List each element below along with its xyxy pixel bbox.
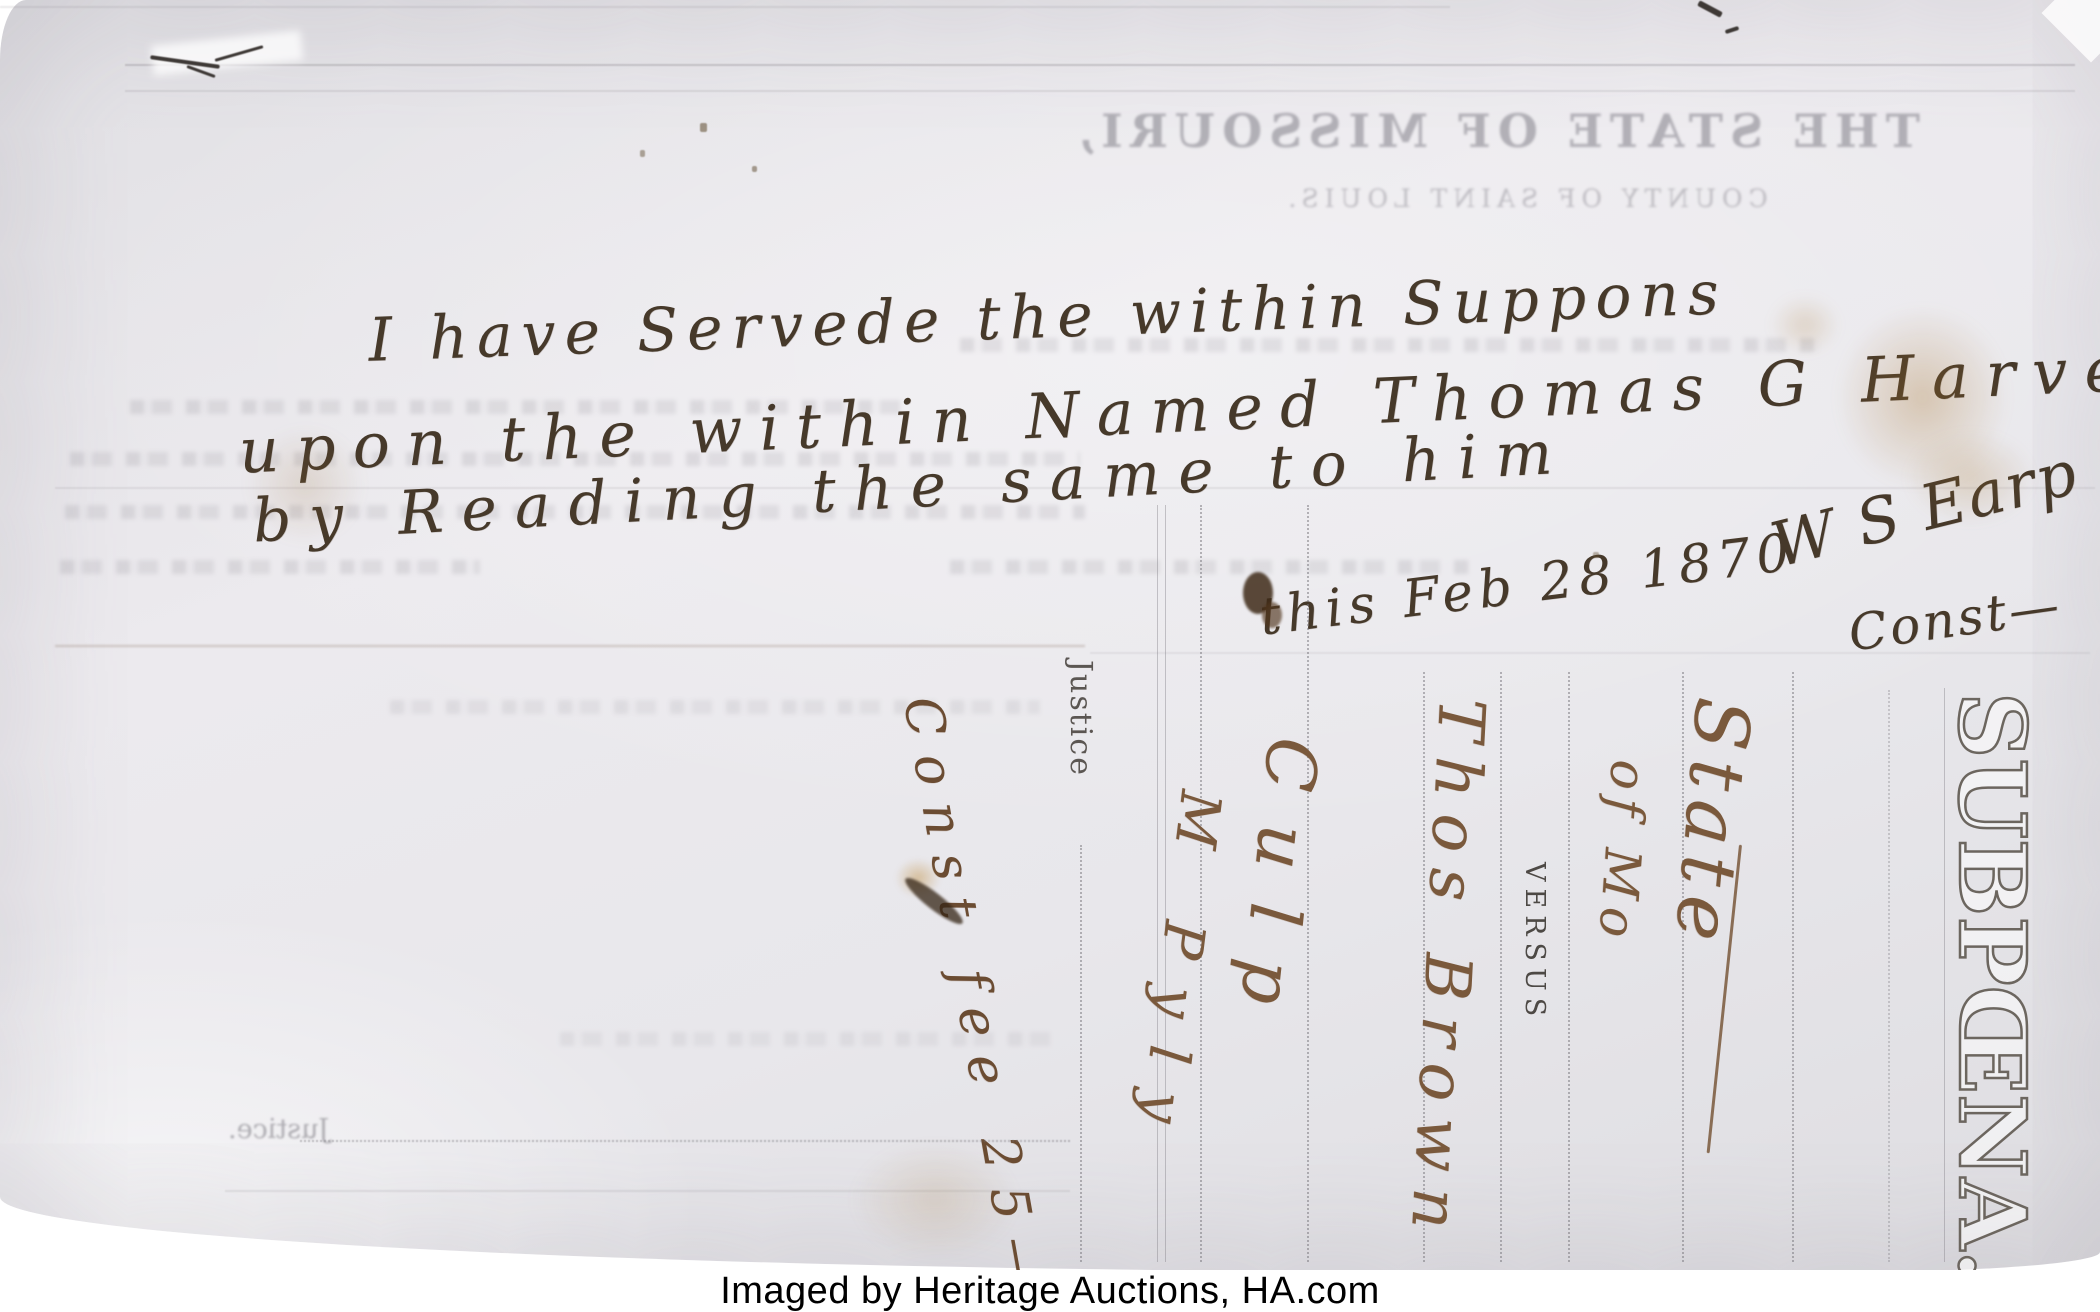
bleed-header-line2: COUNTY OF SAINT LOUIS. <box>1130 184 1920 213</box>
crease-line <box>1090 652 2090 654</box>
crease-line <box>55 645 1085 647</box>
column-line <box>1792 672 1794 1262</box>
stain <box>1770 295 1840 355</box>
speck <box>640 150 645 157</box>
justice-label: Justice <box>1063 660 1098 777</box>
paper-tear <box>151 30 303 76</box>
column-line <box>1568 672 1570 1262</box>
bleed-text-strip <box>60 560 480 574</box>
column-line <box>1888 690 1890 1262</box>
stain <box>850 1140 1020 1260</box>
docket-plaintiff: State <box>1657 694 1768 954</box>
docket-witness1: Culp <box>1221 733 1334 1042</box>
stain <box>1905 430 2035 525</box>
speck <box>700 123 707 132</box>
ruled-line <box>125 64 2075 66</box>
ruled-line <box>125 90 2075 92</box>
subpoena-title: SUBPŒNA. <box>1938 692 2046 1282</box>
paper-sheet: THE STATE OF MISSOURI, COUNTY OF SAINT L… <box>0 0 2100 1272</box>
speck <box>752 166 757 172</box>
versus-label: VERSUS <box>1519 862 1550 1023</box>
bleed-header-line1: THE STATE OF MISSOURI, <box>1130 104 1920 158</box>
column-line <box>1500 672 1502 1262</box>
docket-witness2: M Pyly <box>1124 787 1233 1154</box>
corner-fold <box>2042 0 2100 62</box>
speck <box>1593 552 1599 558</box>
docket-defendant: Thos Brown <box>1395 696 1498 1247</box>
handwriting-signature-title: Const— <box>1845 575 2065 662</box>
scanned-subpoena-document: THE STATE OF MISSOURI, COUNTY OF SAINT L… <box>0 0 2100 1312</box>
footer-caption: Imaged by Heritage Auctions, HA.com <box>720 1270 1380 1312</box>
handwriting-date-line: this Feb 28 1870 <box>1256 522 1798 647</box>
stain <box>245 425 365 545</box>
paper-crack <box>1697 0 1723 18</box>
docket-plaintiff2: of Mo <box>1587 758 1658 947</box>
bleed-through-header: THE STATE OF MISSOURI, COUNTY OF SAINT L… <box>1130 104 1920 213</box>
footer-caption-strip: Imaged by Heritage Auctions, HA.com <box>0 1270 2100 1312</box>
paper-crack <box>1725 26 1740 34</box>
justice-dotted-leader <box>1080 845 1082 1262</box>
ink-blot <box>1262 602 1282 628</box>
ruled-line <box>0 6 1450 8</box>
